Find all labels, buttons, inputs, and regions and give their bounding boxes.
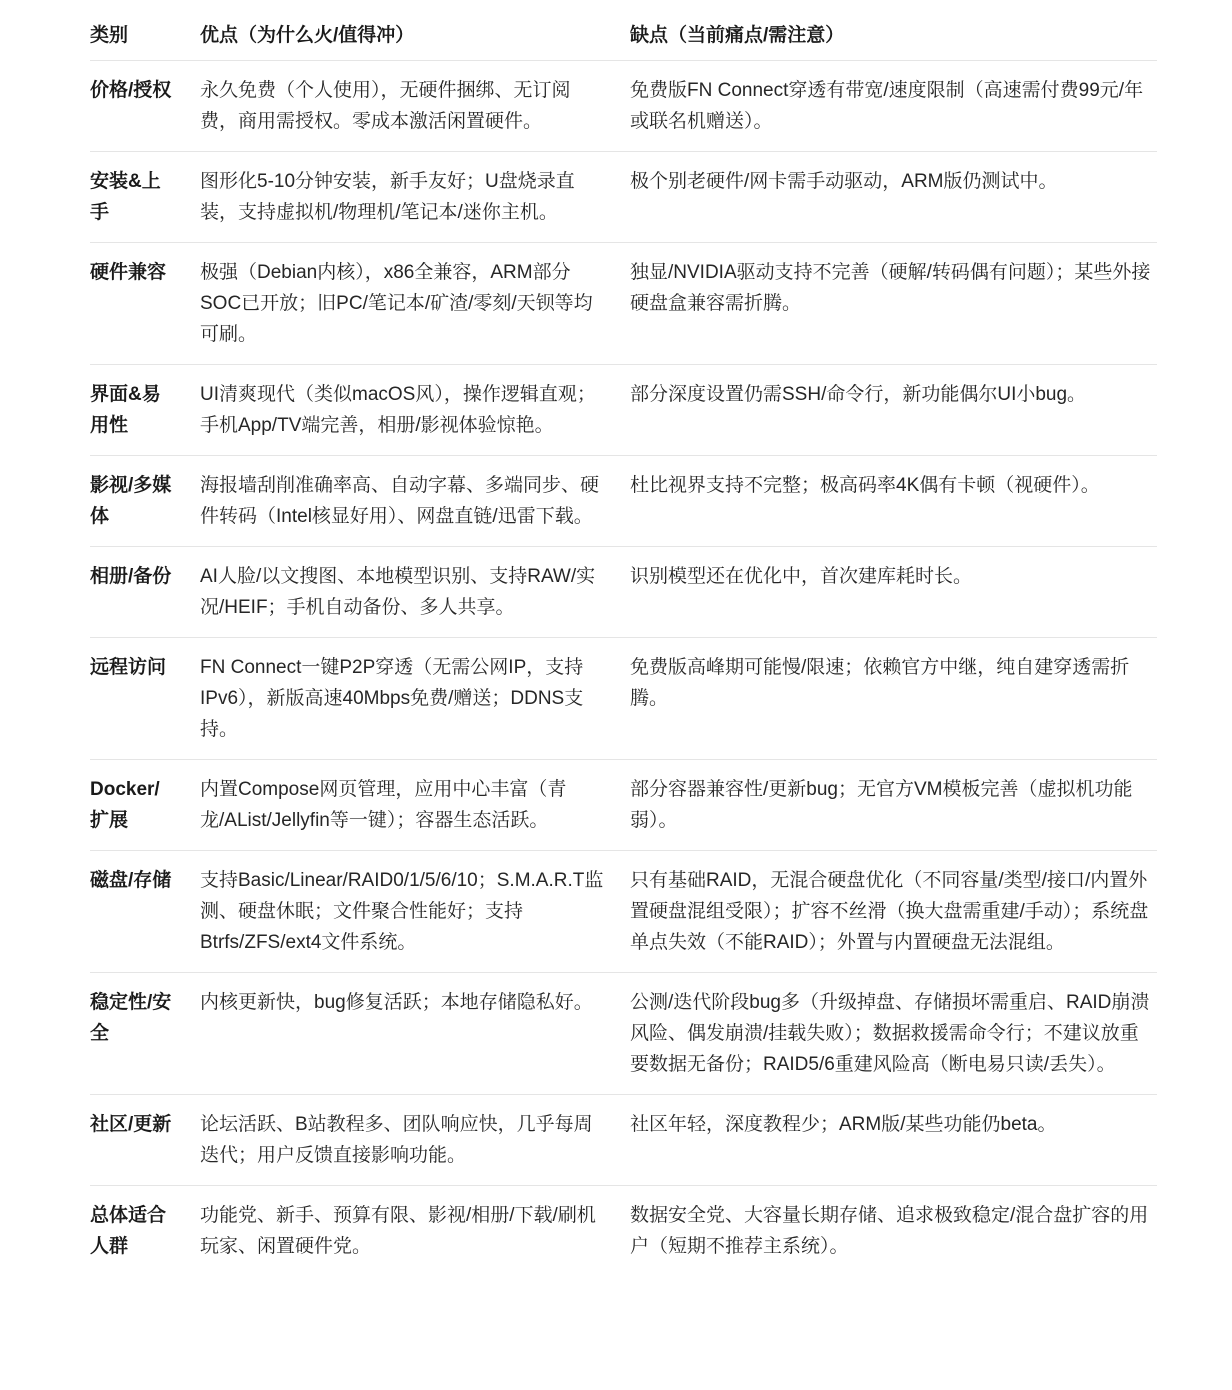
table-row: 稳定性/安全 内核更新快，bug修复活跃；本地存储隐私好。 公测/迭代阶段bug… (90, 973, 1157, 1095)
pros-cell: 内置Compose网页管理，应用中心丰富（青龙/AList/Jellyfin等一… (200, 760, 630, 851)
pros-cell: 海报墙刮削准确率高、自动字幕、多端同步、硬件转码（Intel核显好用）、网盘直链… (200, 456, 630, 547)
cons-cell: 只有基础RAID，无混合硬盘优化（不同容量/类型/接口/内置外置硬盘混组受限）；… (630, 851, 1157, 973)
pros-cell: 功能党、新手、预算有限、影视/相册/下载/刷机玩家、闲置硬件党。 (200, 1186, 630, 1277)
cons-cell: 部分容器兼容性/更新bug；无官方VM模板完善（虚拟机功能弱）。 (630, 760, 1157, 851)
category-cell: 稳定性/安全 (90, 973, 200, 1095)
table-body: 价格/授权 永久免费（个人使用），无硬件捆绑、无订阅费，商用需授权。零成本激活闲… (90, 61, 1157, 1277)
comparison-document: 类别 优点（为什么火/值得冲） 缺点（当前痛点/需注意） 价格/授权 永久免费（… (0, 0, 1232, 1296)
pros-cell: FN Connect一键P2P穿透（无需公网IP，支持IPv6），新版高速40M… (200, 638, 630, 760)
category-cell: 硬件兼容 (90, 243, 200, 365)
table-row: 界面&易用性 UI清爽现代（类似macOS风），操作逻辑直观；手机App/TV端… (90, 365, 1157, 456)
pros-cell: 极强（Debian内核），x86全兼容，ARM部分SOC已开放；旧PC/笔记本/… (200, 243, 630, 365)
pros-cell: 论坛活跃、B站教程多、团队响应快，几乎每周迭代；用户反馈直接影响功能。 (200, 1095, 630, 1186)
category-cell: 磁盘/存储 (90, 851, 200, 973)
header-cons: 缺点（当前痛点/需注意） (630, 12, 1157, 61)
cons-cell: 部分深度设置仍需SSH/命令行，新功能偶尔UI小bug。 (630, 365, 1157, 456)
category-cell: 影视/多媒体 (90, 456, 200, 547)
category-cell: 价格/授权 (90, 61, 200, 152)
table-row: 磁盘/存储 支持Basic/Linear/RAID0/1/5/6/10；S.M.… (90, 851, 1157, 973)
pros-cell: 永久免费（个人使用），无硬件捆绑、无订阅费，商用需授权。零成本激活闲置硬件。 (200, 61, 630, 152)
pros-cell: UI清爽现代（类似macOS风），操作逻辑直观；手机App/TV端完善，相册/影… (200, 365, 630, 456)
cons-cell: 社区年轻，深度教程少；ARM版/某些功能仍beta。 (630, 1095, 1157, 1186)
category-cell: 总体适合人群 (90, 1186, 200, 1277)
cons-cell: 极个别老硬件/网卡需手动驱动，ARM版仍测试中。 (630, 152, 1157, 243)
cons-cell: 识别模型还在优化中，首次建库耗时长。 (630, 547, 1157, 638)
table-row: 价格/授权 永久免费（个人使用），无硬件捆绑、无订阅费，商用需授权。零成本激活闲… (90, 61, 1157, 152)
cons-cell: 免费版高峰期可能慢/限速；依赖官方中继，纯自建穿透需折腾。 (630, 638, 1157, 760)
pros-cell: AI人脸/以文搜图、本地模型识别、支持RAW/实况/HEIF；手机自动备份、多人… (200, 547, 630, 638)
table-row: 远程访问 FN Connect一键P2P穿透（无需公网IP，支持IPv6），新版… (90, 638, 1157, 760)
cons-cell: 杜比视界支持不完整；极高码率4K偶有卡顿（视硬件）。 (630, 456, 1157, 547)
table-row: Docker/扩展 内置Compose网页管理，应用中心丰富（青龙/AList/… (90, 760, 1157, 851)
pros-cell: 图形化5-10分钟安装，新手友好；U盘烧录直装，支持虚拟机/物理机/笔记本/迷你… (200, 152, 630, 243)
cons-cell: 数据安全党、大容量长期存储、追求极致稳定/混合盘扩容的用户（短期不推荐主系统）。 (630, 1186, 1157, 1277)
cons-cell: 免费版FN Connect穿透有带宽/速度限制（高速需付费99元/年或联名机赠送… (630, 61, 1157, 152)
table-row: 相册/备份 AI人脸/以文搜图、本地模型识别、支持RAW/实况/HEIF；手机自… (90, 547, 1157, 638)
category-cell: 相册/备份 (90, 547, 200, 638)
category-cell: 社区/更新 (90, 1095, 200, 1186)
table-row: 总体适合人群 功能党、新手、预算有限、影视/相册/下载/刷机玩家、闲置硬件党。 … (90, 1186, 1157, 1277)
category-cell: 安装&上手 (90, 152, 200, 243)
category-cell: 界面&易用性 (90, 365, 200, 456)
pros-cons-table: 类别 优点（为什么火/值得冲） 缺点（当前痛点/需注意） 价格/授权 永久免费（… (90, 12, 1157, 1276)
category-cell: 远程访问 (90, 638, 200, 760)
cons-cell: 独显/NVIDIA驱动支持不完善（硬解/转码偶有问题）；某些外接硬盘盒兼容需折腾… (630, 243, 1157, 365)
category-cell: Docker/扩展 (90, 760, 200, 851)
header-category: 类别 (90, 12, 200, 61)
table-row: 社区/更新 论坛活跃、B站教程多、团队响应快，几乎每周迭代；用户反馈直接影响功能… (90, 1095, 1157, 1186)
pros-cell: 内核更新快，bug修复活跃；本地存储隐私好。 (200, 973, 630, 1095)
table-header-row: 类别 优点（为什么火/值得冲） 缺点（当前痛点/需注意） (90, 12, 1157, 61)
table-row: 安装&上手 图形化5-10分钟安装，新手友好；U盘烧录直装，支持虚拟机/物理机/… (90, 152, 1157, 243)
table-row: 硬件兼容 极强（Debian内核），x86全兼容，ARM部分SOC已开放；旧PC… (90, 243, 1157, 365)
header-pros: 优点（为什么火/值得冲） (200, 12, 630, 61)
cons-cell: 公测/迭代阶段bug多（升级掉盘、存储损坏需重启、RAID崩溃风险、偶发崩溃/挂… (630, 973, 1157, 1095)
pros-cell: 支持Basic/Linear/RAID0/1/5/6/10；S.M.A.R.T监… (200, 851, 630, 973)
table-row: 影视/多媒体 海报墙刮削准确率高、自动字幕、多端同步、硬件转码（Intel核显好… (90, 456, 1157, 547)
